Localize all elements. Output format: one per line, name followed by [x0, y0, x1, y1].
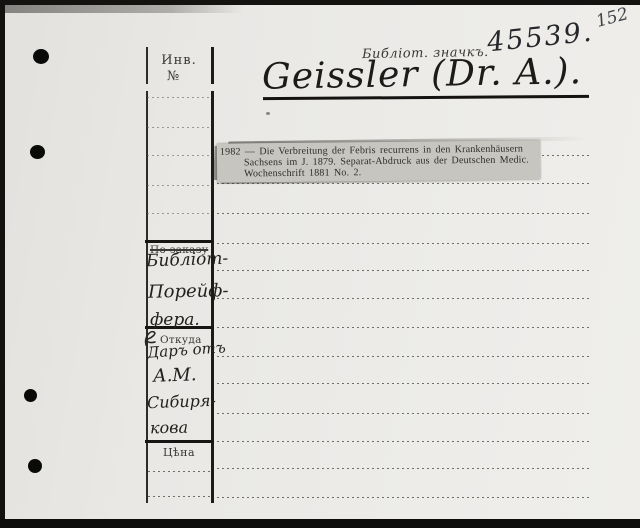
column-rule — [147, 213, 211, 214]
pasted-bibliography-slip: 1982 — Die Verbreitung der Febris recurr… — [217, 140, 540, 182]
origin-handwriting-line: кова — [150, 418, 188, 438]
column-rule — [148, 496, 210, 497]
inventory-number-label-line1: Инв. — [146, 53, 212, 68]
ruled-line — [217, 298, 591, 299]
column-rule — [148, 471, 210, 472]
ruled-line — [217, 327, 591, 328]
scan-left-edge — [0, 0, 5, 528]
column-rule — [147, 127, 211, 128]
origin-handwriting-line: Сибиря- — [147, 391, 216, 412]
ink-speck — [266, 112, 270, 115]
card-title: Geissler (Dr. A.). — [262, 51, 583, 98]
section-divider — [145, 440, 214, 443]
ruled-line — [217, 243, 591, 244]
ruled-line — [217, 270, 591, 271]
column-rule — [147, 97, 211, 98]
punch-hole — [30, 145, 45, 159]
ruled-line — [217, 441, 591, 442]
scan-top-shadow — [0, 5, 244, 13]
punch-hole — [33, 49, 49, 64]
order-handwriting-line: Порейф- — [148, 280, 229, 302]
column-rule — [147, 185, 211, 186]
order-handwriting-line: Библіот- — [146, 249, 229, 272]
scan-bottom-edge — [0, 519, 640, 528]
handwritten-flourish — [142, 328, 160, 348]
section-divider — [145, 240, 214, 243]
catalog-card-scan: Инв. № По заказу Библіот- Порейф- фера. … — [0, 0, 640, 528]
origin-handwriting-line: А.М. — [153, 364, 197, 387]
ruled-line — [217, 356, 591, 357]
ruled-line — [217, 413, 591, 414]
ruled-line — [217, 497, 591, 498]
punch-hole — [28, 459, 42, 473]
ruled-line — [217, 213, 591, 214]
ruled-line — [217, 383, 591, 384]
punch-hole — [24, 389, 37, 402]
order-handwriting-line: фера. — [150, 310, 200, 330]
corner-page-number: 152 — [594, 4, 631, 32]
ruled-line — [217, 468, 591, 469]
price-label: Цѣна — [146, 446, 212, 459]
slip-text-line: Wochenschrift 1881 No. 2. — [220, 165, 540, 179]
inventory-number-label-line2: № — [140, 69, 206, 84]
column-rule — [147, 155, 211, 156]
